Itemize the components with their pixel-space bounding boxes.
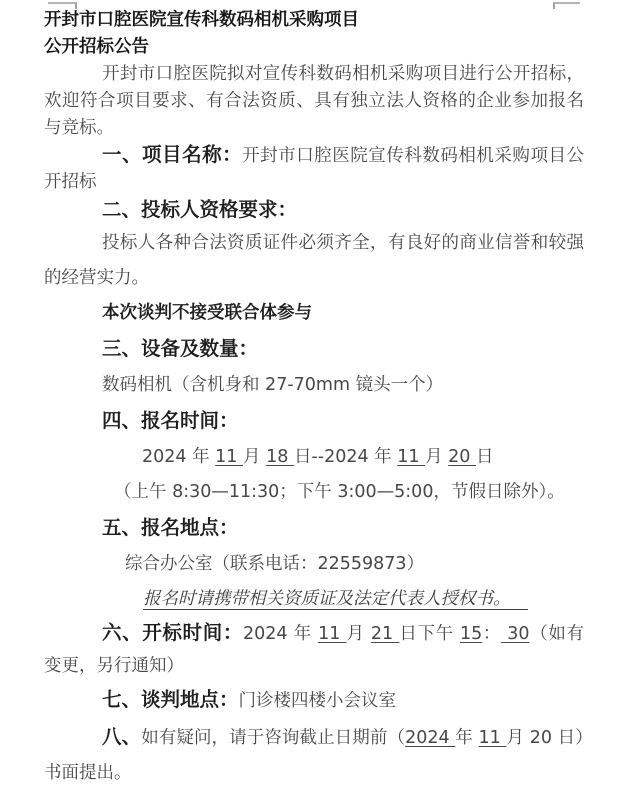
section-5-heading: 五、报名地点： bbox=[44, 510, 584, 547]
section-1-label: 一、项目名称： bbox=[102, 143, 242, 166]
section-4-label: 四、报名时间： bbox=[102, 409, 239, 432]
section-2-body: 投标人各种合法资质证件必须齐全，有良好的商业信誉和较强的经营实力。 bbox=[44, 226, 584, 296]
authorization-note: 报名时请携带相关资质证及法定代表人授权书。 bbox=[44, 582, 584, 617]
no-consortium-note: 本次谈判不接受联合体参与 bbox=[44, 296, 584, 331]
section-3-body: 数码相机（含机身和 27-70mm 镜头一个） bbox=[44, 368, 584, 403]
date-month-underlined: 11 bbox=[397, 447, 425, 467]
bid-time-segment: 月 bbox=[347, 624, 371, 644]
registration-hours-line: （上午 8:30—11:30；下午 3:00—5:00，节假日除外）。 bbox=[44, 475, 584, 510]
title-line-1: 开封市口腔医院宣传科数码相机采购项目 bbox=[44, 7, 584, 34]
bid-time-segment: ： bbox=[482, 624, 501, 644]
section-1-project-name: 一、项目名称：开封市口腔医院宣传科数码相机采购项目公开招标 bbox=[44, 142, 584, 195]
section-6-label: 六、开标时间： bbox=[102, 621, 243, 644]
section-2-heading: 二、投标人资格要求： bbox=[44, 195, 584, 226]
date-segment: 月 bbox=[243, 447, 266, 467]
question-year-underlined: 2024 bbox=[405, 728, 455, 748]
date-month-underlined: 11 bbox=[215, 447, 243, 467]
document-body: 开封市口腔医院宣传科数码相机采购项目 公开招标公告 开封市口腔医院拟对宣传科数码… bbox=[0, 0, 636, 791]
question-segment: 年 bbox=[455, 728, 478, 748]
date-segment: 日--2024 年 bbox=[294, 447, 397, 467]
document-title: 开封市口腔医院宣传科数码相机采购项目 公开招标公告 bbox=[44, 7, 584, 61]
intro-paragraph: 开封市口腔医院拟对宣传科数码相机采购项目进行公开招标，欢迎符合项目要求、有合法资… bbox=[44, 61, 584, 142]
bid-day-underlined: 21 bbox=[371, 624, 399, 644]
document-page: 开封市口腔医院宣传科数码相机采购项目 公开招标公告 开封市口腔医院拟对宣传科数码… bbox=[0, 0, 636, 807]
section-4-heading: 四、报名时间： bbox=[44, 403, 584, 440]
bid-month-underlined: 11 bbox=[318, 624, 346, 644]
section-8-questions: 八、如有疑问，请于咨询截止日期前（2024 年 11 月 20 日）书面提出。 bbox=[44, 719, 584, 791]
section-6-bid-opening: 六、开标时间：2024 年 11 月 21 日下午 15： 30（如有变更，另行… bbox=[44, 617, 584, 682]
date-segment: 月 bbox=[425, 447, 448, 467]
section-5-label: 五、报名地点： bbox=[102, 516, 239, 539]
section-7-label: 七、谈判地点： bbox=[102, 688, 239, 711]
bid-time-segment: 2024 年 bbox=[243, 624, 318, 644]
question-segment: 如有疑问，请于咨询截止日期前（ bbox=[141, 728, 405, 748]
section-7-text: 门诊楼四楼小会议室 bbox=[239, 691, 397, 711]
section-3-heading: 三、设备及数量： bbox=[44, 331, 584, 368]
bid-hour-underlined: 15 bbox=[460, 624, 482, 644]
section-3-label: 三、设备及数量： bbox=[102, 337, 258, 360]
date-day-underlined: 18 bbox=[266, 447, 294, 467]
registration-office-line: 综合办公室（联系电话：22559873） bbox=[44, 547, 584, 582]
crop-mark-top-left bbox=[48, 2, 77, 9]
question-month-underlined: 11 bbox=[479, 728, 507, 748]
registration-date-line: 2024 年 11 月 18 日--2024 年 11 月 20 日 bbox=[44, 440, 584, 475]
date-day-underlined: 20 bbox=[448, 447, 476, 467]
authorization-note-text: 报名时请携带相关资质证及法定代表人授权书。 bbox=[143, 589, 528, 610]
date-segment: 日 bbox=[476, 447, 494, 467]
crop-mark-top-right bbox=[553, 2, 580, 9]
section-2-label: 二、投标人资格要求： bbox=[102, 198, 297, 221]
title-line-2: 公开招标公告 bbox=[44, 34, 584, 61]
section-7-venue: 七、谈判地点：门诊楼四楼小会议室 bbox=[44, 682, 584, 719]
section-8-label: 八、 bbox=[102, 725, 141, 748]
date-segment: 2024 年 bbox=[142, 447, 215, 467]
bid-minute-underlined: 30 bbox=[501, 624, 529, 644]
bid-time-segment: 日下午 bbox=[399, 624, 460, 644]
